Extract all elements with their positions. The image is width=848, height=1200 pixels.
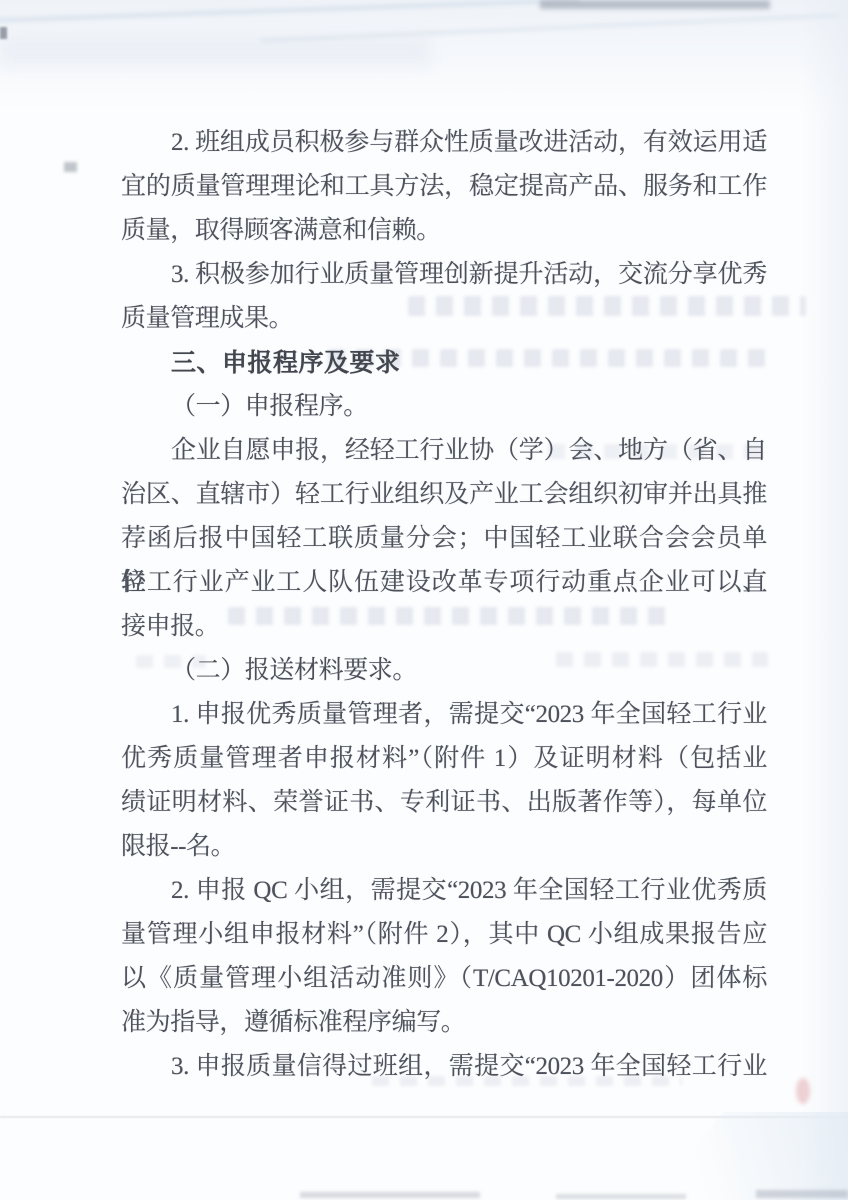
scan-streak (0, 38, 430, 66)
text-line: 宜的质量管理理论和工具方法，稳定提高产品、服务和工作 (121, 165, 767, 209)
text-line: 3. 积极参加行业质量管理创新提升活动，交流分享优秀 (121, 253, 767, 297)
text-line: 准为指导，遵循标准程序编写。 (121, 1001, 767, 1045)
text-line: 轻工行业产业工人队伍建设改革专项行动重点企业可以直 (121, 561, 767, 605)
sub-section-heading: （一）申报程序。 (121, 385, 767, 429)
text-line: 3. 申报质量信得过班组，需提交“2023 年全国轻工行业 (121, 1045, 767, 1089)
scanned-document-page: 2. 班组成员积极参与群众性质量改进活动，有效运用适宜的质量管理理论和工具方法，… (0, 0, 848, 1200)
text-line: 接申报。 (121, 605, 767, 649)
text-line: 限报--名。 (121, 825, 767, 869)
scan-smudge (540, 0, 770, 9)
text-line: 优秀质量管理者申报材料”（附件 1）及证明材料（包括业 (121, 737, 767, 781)
text-line: 荐函后报中国轻工联质量分会；中国轻工业联合会会员单位、 (121, 517, 767, 561)
ink-speck (0, 27, 7, 39)
text-line: 量管理小组申报材料”（附件 2），其中 QC 小组成果报告应 (121, 913, 767, 957)
text-line: 2. 申报 QC 小组，需提交“2023 年全国轻工行业优秀质 (121, 869, 767, 913)
pink-scan-mark (796, 1078, 810, 1104)
text-line: 质量，取得顾客满意和信赖。 (121, 209, 767, 253)
text-line: 质量管理成果。 (121, 297, 767, 341)
section-heading: 三、申报程序及要求 (121, 341, 767, 385)
scan-streak (260, 13, 840, 42)
sub-section-heading: （二）报送材料要求。 (121, 649, 767, 693)
text-line: 企业自愿申报，经轻工行业协（学）会、地方（省、自 (121, 429, 767, 473)
text-line: 绩证明材料、荣誉证书、专利证书、出版著作等），每单位 (121, 781, 767, 825)
text-line: 以《质量管理小组活动准则》（T/CAQ10201-2020）团体标 (121, 957, 767, 1001)
text-line: 治区、直辖市）轻工行业组织及产业工会组织初审并出具推 (121, 473, 767, 517)
page-edge-tint (800, 0, 848, 1200)
fold-line (0, 1116, 848, 1118)
document-text-block: 2. 班组成员积极参与群众性质量改进活动，有效运用适宜的质量管理理论和工具方法，… (121, 121, 767, 1089)
corner-shade (648, 1112, 848, 1200)
bottom-edge-smudge (556, 1194, 686, 1199)
text-line: 2. 班组成员积极参与群众性质量改进活动，有效运用适 (121, 121, 767, 165)
scan-wash-top (0, 0, 848, 110)
ink-speck (64, 162, 77, 172)
bottom-edge-smudge (756, 1190, 848, 1198)
bottom-edge-smudge (300, 1192, 480, 1198)
scan-streak (0, 0, 580, 23)
text-line: 1. 申报优秀质量管理者，需提交“2023 年全国轻工行业 (121, 693, 767, 737)
